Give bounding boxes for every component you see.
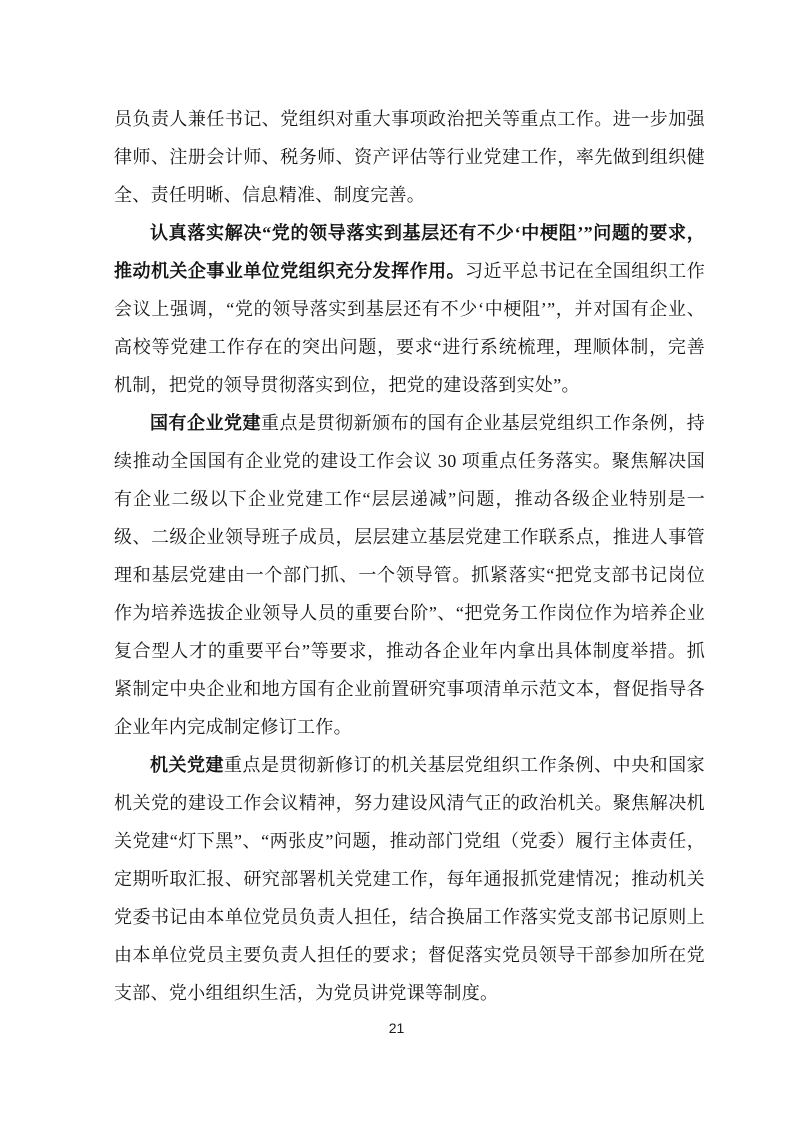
paragraph-organ-party-building: 机关党建重点是贯彻新修订的机关基层党组织工作条例、中央和国家机关党的建设工作会议… (114, 746, 705, 1012)
text-segment: 员负责人兼任书记、党组织对重大事项政治把关等重点工作。进一步加强律师、注册会计师… (114, 109, 705, 205)
bold-text-segment: 国有企业党建 (150, 413, 261, 433)
text-segment: 重点是贯彻新修订的机关基层党组织工作条例、中央和国家机关党的建设工作会议精神，努… (114, 755, 705, 1003)
page-number: 21 (0, 1020, 793, 1036)
paragraph-soe-party-building: 国有企业党建重点是贯彻新颁布的国有企业基层党组织工作条例，持续推动全国国有企业党… (114, 404, 705, 746)
paragraph-continuation: 员负责人兼任书记、党组织对重大事项政治把关等重点工作。进一步加强律师、注册会计师… (114, 100, 705, 214)
text-segment: 习近平总书记在全国组织工作会议上强调，“党的领导落实到基层还有不少‘中梗阻’”，… (114, 261, 705, 395)
document-page: 员负责人兼任书记、党组织对重大事项政治把关等重点工作。进一步加强律师、注册会计师… (0, 0, 793, 1122)
text-segment: 重点是贯彻新颁布的国有企业基层党组织工作条例，持续推动全国国有企业党的建设工作会… (114, 413, 705, 737)
bold-text-segment: 机关党建 (150, 755, 224, 775)
document-body: 员负责人兼任书记、党组织对重大事项政治把关等重点工作。进一步加强律师、注册会计师… (114, 100, 705, 1012)
paragraph-leading-requirement: 认真落实解决“党的领导落实到基层还有不少‘中梗阻’”问题的要求，推动机关企事业单… (114, 214, 705, 404)
